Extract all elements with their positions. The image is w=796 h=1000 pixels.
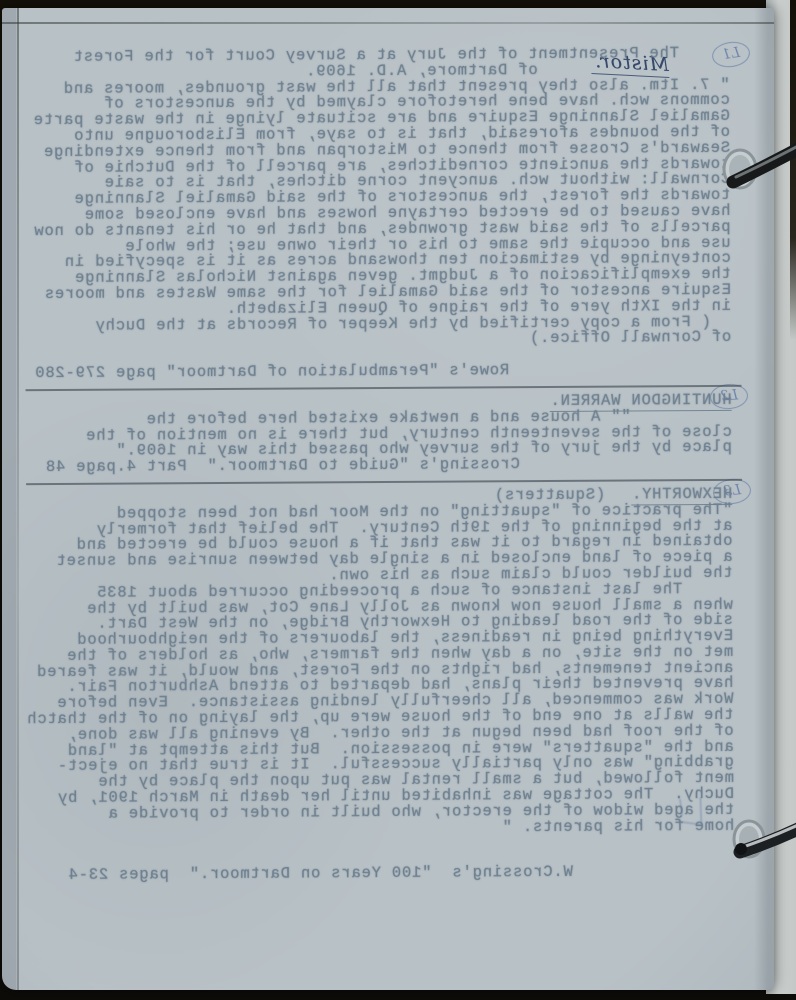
section-huntingdon-warren: HUNTINGDON WARREN. "" A house and a newt…	[36, 393, 732, 476]
section-hexworthy: HEXWORTHY.(Squatters) "The practice of "…	[36, 487, 734, 885]
section-mistor-body: The Presentment of the Jury at a Survey …	[33, 46, 731, 350]
section-divider	[26, 479, 742, 485]
mirrored-page-face: L1 L2 L3 Mistor. The Presentment of the …	[2, 8, 774, 990]
section-mistor-source: Rowe's "Perambulation of Dartmoor" page …	[35, 362, 731, 382]
document-page: L1 L2 L3 Mistor. The Presentment of the …	[2, 8, 774, 990]
section-hexworthy-source: W.Crossing's "100 Years on Dartmoor." pa…	[38, 864, 734, 884]
section-mistor: The Presentment of the Jury at a Survey …	[33, 46, 731, 382]
section-huntingdon-source: Crossing's "Guide to Dartmoor." Part 4.p…	[36, 456, 732, 476]
section-divider	[26, 385, 742, 391]
section-huntingdon-body: "" A house and a newtake existed here be…	[36, 409, 732, 461]
section-hexworthy-body: "The practice of "squatting" on the Moor…	[36, 503, 734, 839]
typed-content: The Presentment of the Jury at a Survey …	[33, 46, 734, 884]
